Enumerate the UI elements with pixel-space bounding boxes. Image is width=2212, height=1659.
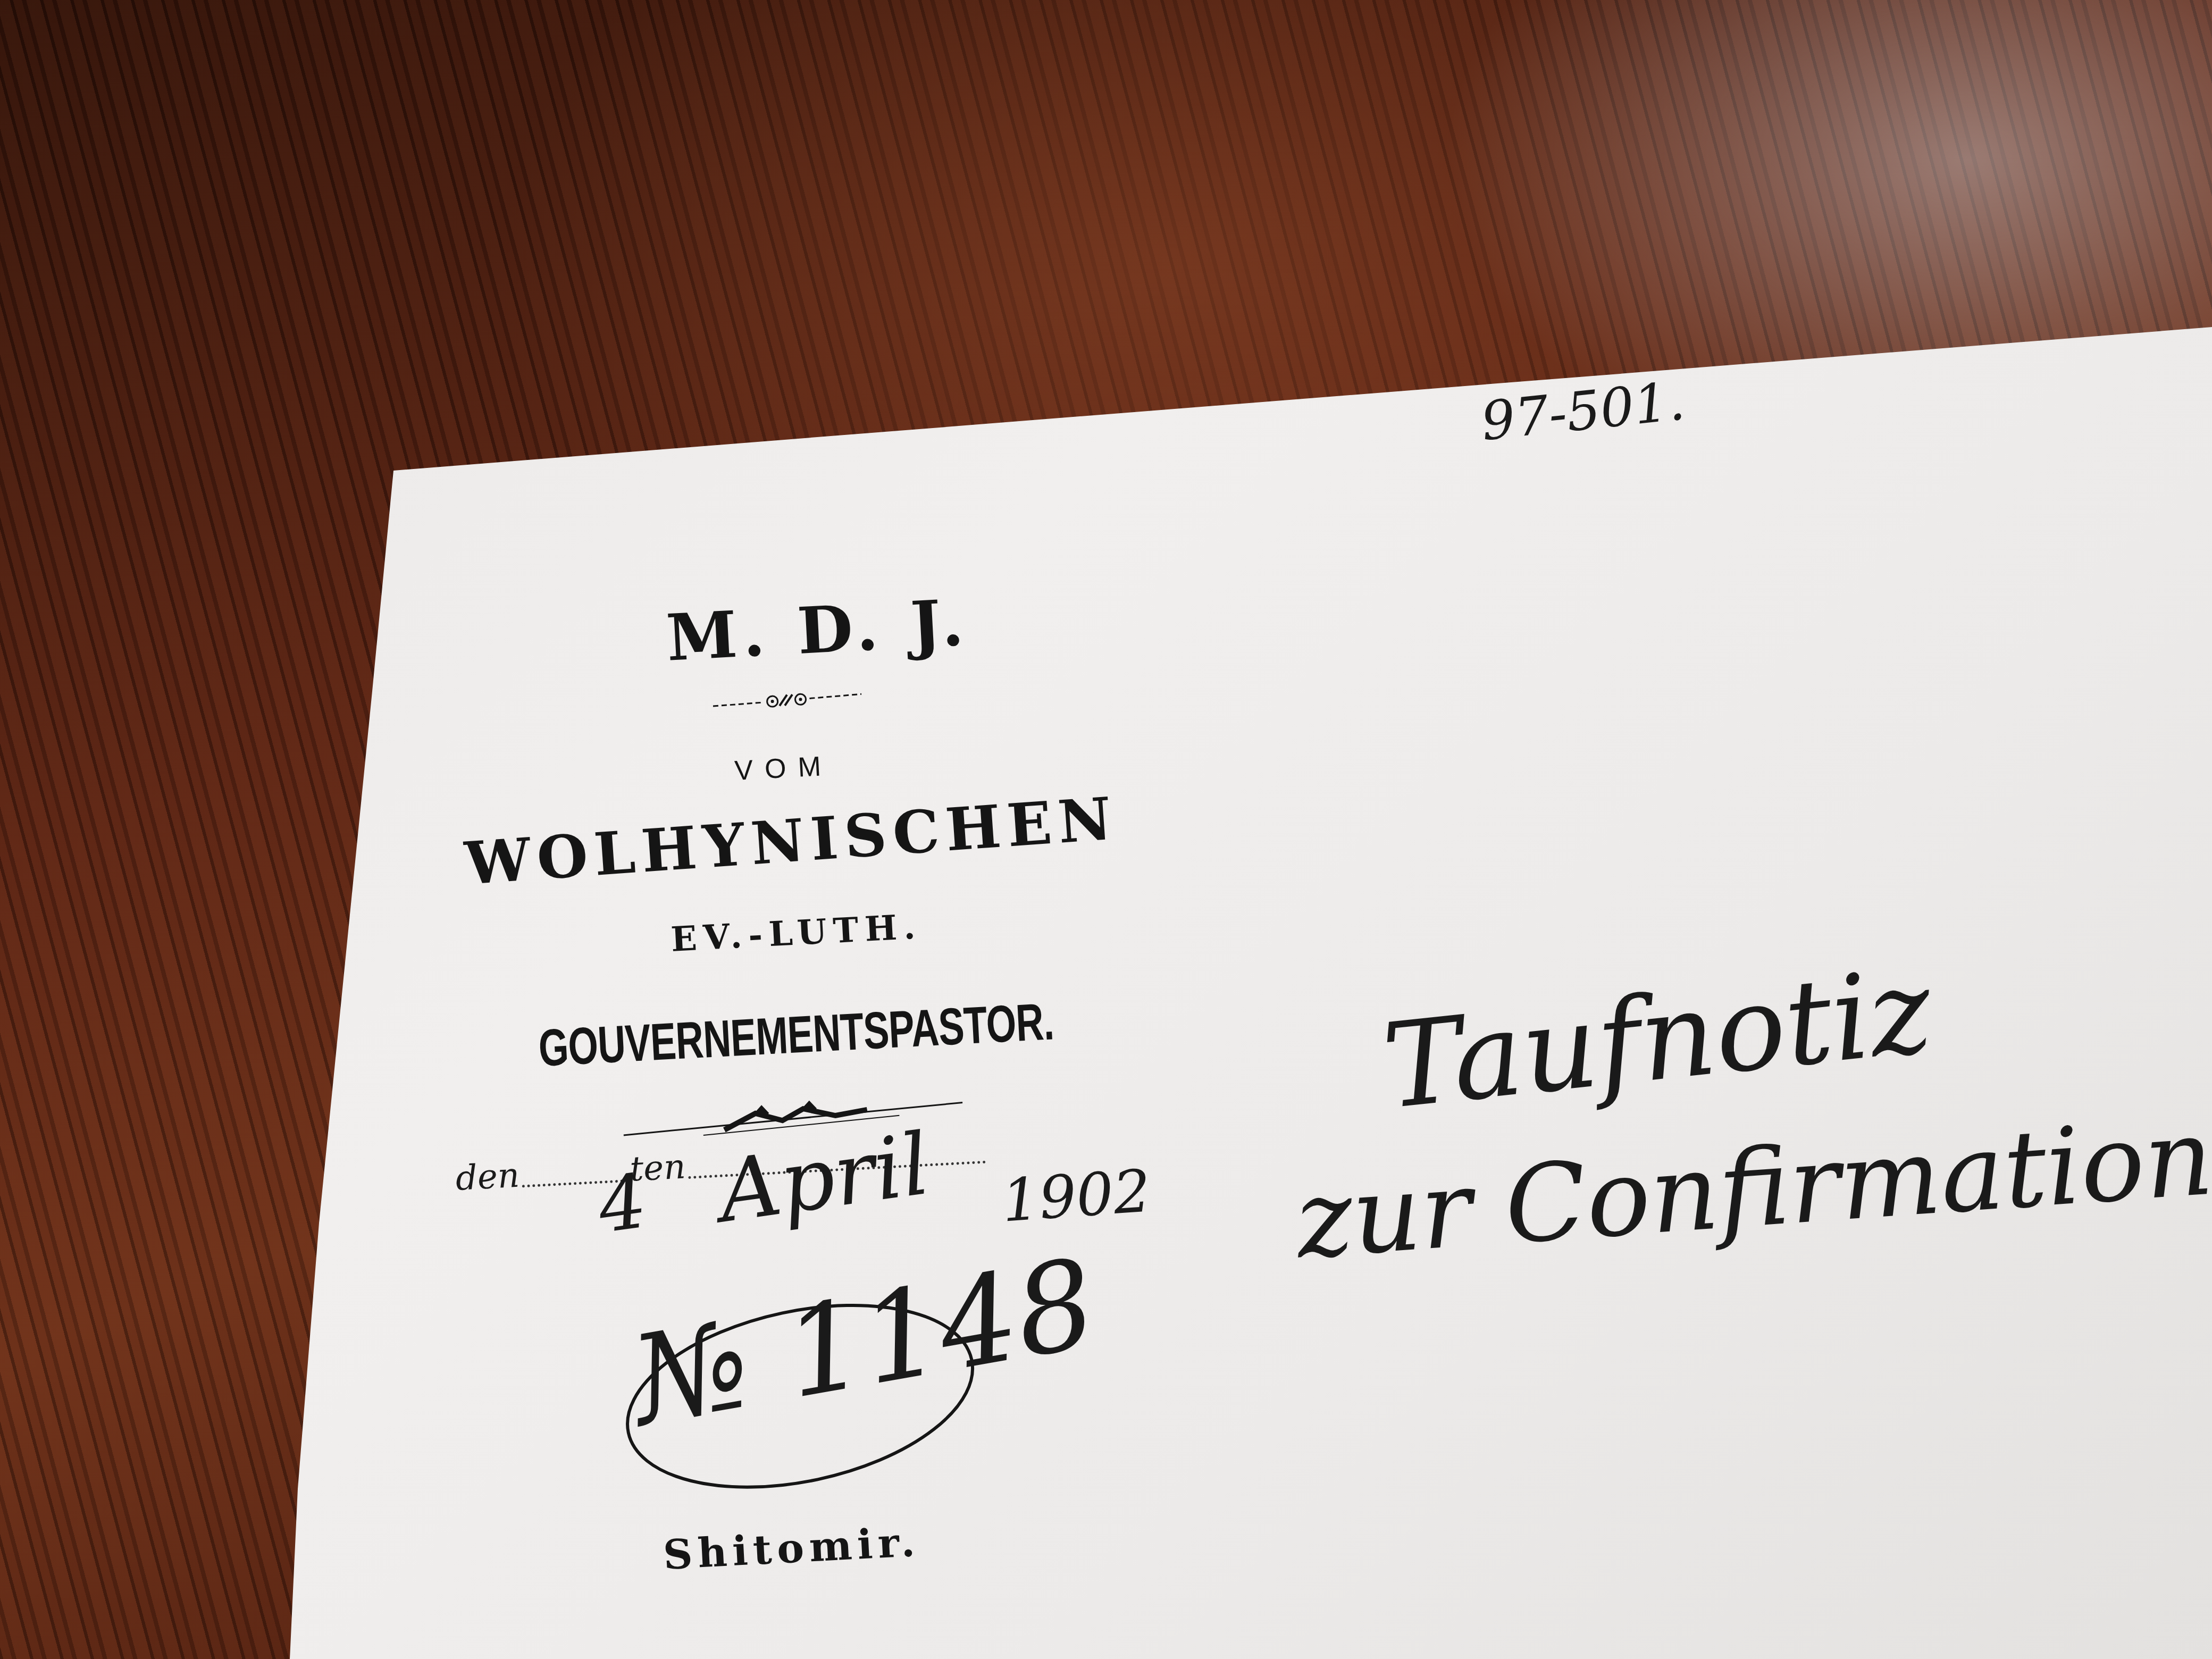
handwritten-year: 1902	[1000, 1157, 1153, 1235]
letterhead-vom: VOM	[734, 750, 833, 787]
number-sign: №	[622, 1293, 761, 1453]
date-prefix: den	[455, 1156, 521, 1199]
letterhead-initials: M. D. J.	[665, 585, 971, 676]
